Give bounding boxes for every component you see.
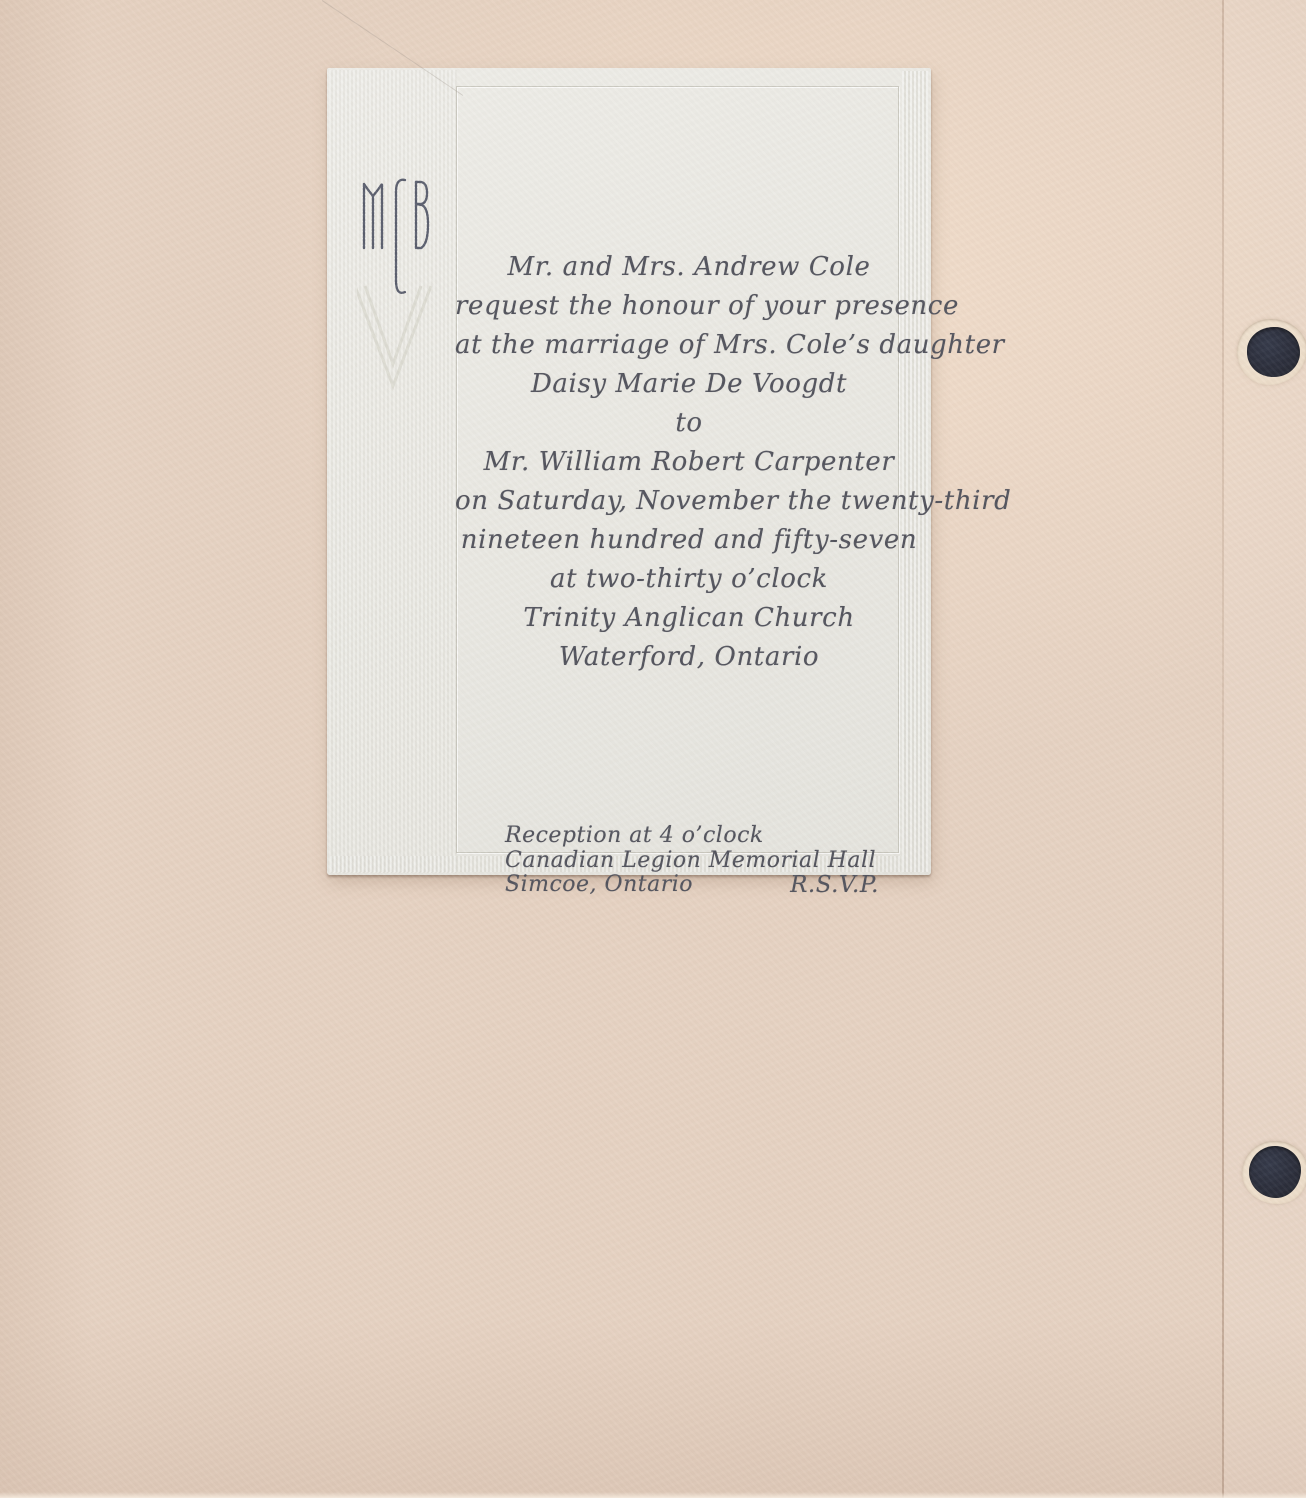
reception-time: Reception at 4 o’clock <box>505 824 879 849</box>
invitation-line-to: to <box>455 404 923 443</box>
invitation-line-hosts: Mr. and Mrs. Andrew Cole <box>455 248 923 287</box>
invitation-body: Mr. and Mrs. Andrew Cole request the hon… <box>455 248 923 677</box>
invitation-line-marriage: at the marriage of Mrs. Cole’s daughter <box>455 326 923 365</box>
reception-details: Reception at 4 o’clock Canadian Legion M… <box>505 824 879 898</box>
invitation-line-year: nineteen hundred and fifty-seven <box>455 521 923 560</box>
scrapbook-page: Mr. and Mrs. Andrew Cole request the hon… <box>0 0 1306 1498</box>
invitation-line-date: on Saturday, November the twenty-third <box>455 482 923 521</box>
punch-hole-bottom <box>1249 1146 1301 1198</box>
invitation-line-groom: Mr. William Robert Carpenter <box>455 443 923 482</box>
invitation-line-bride: Daisy Marie De Voogdt <box>455 365 923 404</box>
invitation-line-time: at two-thirty o’clock <box>455 560 923 599</box>
punch-hole-top <box>1247 327 1300 377</box>
invitation-line-request: request the honour of your presence <box>455 287 923 326</box>
rsvp-note: R.S.V.P. <box>790 873 879 898</box>
reception-venue: Canadian Legion Memorial Hall <box>505 849 879 874</box>
page-right-edge <box>1224 0 1306 1498</box>
invitation-line-church: Trinity Anglican Church <box>455 599 923 638</box>
page-bottom-edge <box>0 1492 1306 1498</box>
wedding-invitation-card: Mr. and Mrs. Andrew Cole request the hon… <box>327 68 931 875</box>
invitation-line-city: Waterford, Ontario <box>455 638 923 677</box>
monogram-mcb-icon <box>357 168 437 438</box>
monogram-svg <box>357 168 437 438</box>
